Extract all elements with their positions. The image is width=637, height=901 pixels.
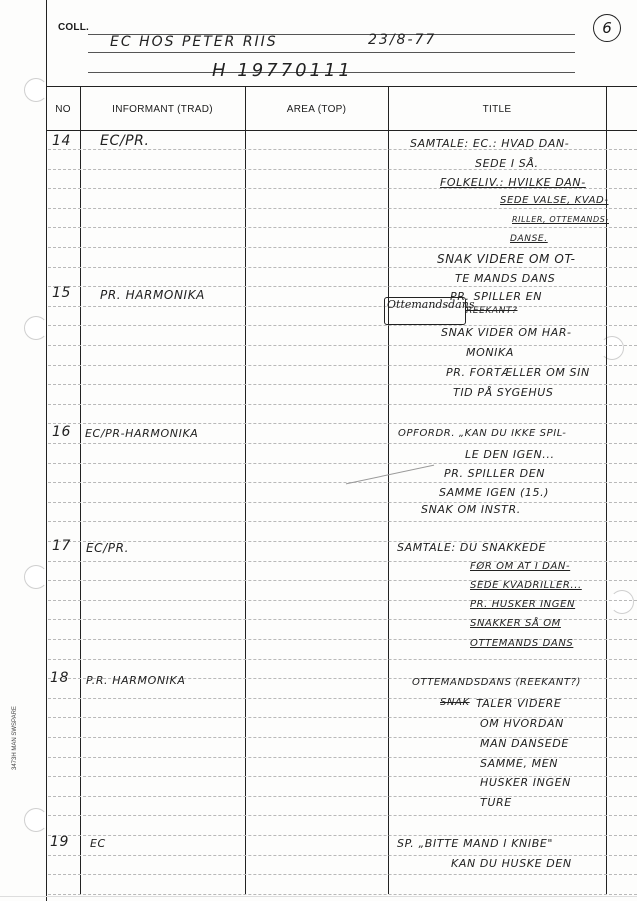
ruled-line xyxy=(48,796,637,797)
row-title-line: OM HVORDAN xyxy=(480,717,564,730)
row-title-line: SEDE KVADRILLER... xyxy=(470,580,582,591)
ruled-line xyxy=(48,267,637,268)
row-informant: EC/PR. xyxy=(86,541,129,555)
ruled-line xyxy=(48,227,637,228)
row-informant: EC xyxy=(90,837,106,850)
row-title-line: MONIKA xyxy=(466,346,514,359)
punch-hole xyxy=(24,565,48,589)
row-title-line: OTTEMANDS DANS xyxy=(470,638,573,649)
page-number: 6 xyxy=(602,19,612,37)
row-title-line: PR. FORTÆLLER OM SIN xyxy=(446,366,590,379)
row-title-line: OTTEMANDSDANS (REEKANT?) xyxy=(412,677,581,688)
ruled-line xyxy=(48,521,637,522)
row-title-line: SEDE I SÅ. xyxy=(475,157,539,170)
row-number: 19 xyxy=(50,834,69,850)
row-number: 16 xyxy=(52,424,71,440)
column-header-informant: INFORMANT (TRAD) xyxy=(80,88,245,130)
column-header-no: NO xyxy=(46,88,80,130)
row-title-line: TID PÅ SYGEHUS xyxy=(453,386,553,399)
ruled-line xyxy=(48,345,637,346)
ruled-line xyxy=(48,443,637,444)
row-number: 17 xyxy=(52,538,71,554)
ruled-line xyxy=(48,169,637,170)
punch-hole xyxy=(24,316,48,340)
coll-label: COLL. xyxy=(58,22,89,33)
ruled-line xyxy=(48,208,637,209)
table-header-bottom xyxy=(46,130,637,131)
ruled-line xyxy=(48,247,637,248)
row-title-line: SNAK VIDER OM HAR- xyxy=(441,326,572,339)
row-title-line: SNAKKER SÅ OM xyxy=(470,618,561,629)
punch-hole xyxy=(24,808,48,832)
row-title-line: DANSE. xyxy=(510,234,548,244)
row-title-line: PR. SPILLER DEN xyxy=(444,467,545,480)
punch-hole xyxy=(600,336,624,360)
row-informant: PR. HARMONIKA xyxy=(100,288,205,302)
ruled-line xyxy=(48,482,637,483)
row-title-line: TALER VIDERE xyxy=(476,697,561,710)
punch-hole xyxy=(24,78,48,102)
coll-collector-text: EC hos Peter Riis xyxy=(110,34,278,50)
row-title-line: OPFORDR. „KAN DU IKKE SPIL- xyxy=(398,428,566,439)
margin-note-box: Ottemandsdans xyxy=(384,297,466,325)
archive-form-page: COLL. EC hos Peter Riis 23/8-77 H 197701… xyxy=(0,0,637,901)
ruled-line xyxy=(48,541,637,542)
row-informant: EC/PR-HARMONIKA xyxy=(85,427,198,440)
coll-archive-number: H 19770111 xyxy=(212,60,353,81)
ruled-line xyxy=(48,502,637,503)
row-title-line: LE DEN IGEN... xyxy=(465,448,555,461)
ruled-line xyxy=(48,463,637,464)
row-title-line: SP. „BITTE MAND I KNIBE" xyxy=(397,837,553,850)
ruled-line xyxy=(48,815,637,816)
row-title-line: MAN DANSEDE xyxy=(480,737,569,750)
row-title-line: SNAK VIDERE OM OT- xyxy=(437,252,576,266)
row-title-line: SAMTALE: EC.: HVAD DAN- xyxy=(410,137,569,150)
margin-print-text: 3473H MAN SWSPARE xyxy=(12,706,18,770)
coll-date-text: 23/8-77 xyxy=(368,32,436,48)
ruled-line xyxy=(48,423,637,424)
row-title-line: SNAK OM INSTR. xyxy=(421,503,521,516)
row-number: 14 xyxy=(52,133,71,149)
row-title-line: TE MANDS DANS xyxy=(455,272,555,285)
ruled-line xyxy=(48,306,637,307)
row-number: 18 xyxy=(50,670,69,686)
row-title-line: FOLKELIV.: HVILKE DAN- xyxy=(440,176,586,189)
row-informant: EC/PR. xyxy=(100,133,150,149)
coll-underline xyxy=(88,52,575,53)
column-header-title: TITLE xyxy=(388,88,606,130)
ruled-line xyxy=(48,874,637,875)
ruled-line xyxy=(48,855,637,856)
row-title-line: SAMME, MEN xyxy=(480,757,558,770)
row-title-line: SAMME IGEN (15.) xyxy=(439,486,549,499)
row-title-line: KAN DU HUSKE DEN xyxy=(451,857,572,870)
row-title-line: FØR OM AT I DAN- xyxy=(470,561,570,572)
row-title-line: PR. HUSKER INGEN xyxy=(470,599,575,610)
row-title-line: HUSKER INGEN xyxy=(480,776,571,789)
struck-text: SNAK xyxy=(440,697,470,708)
margin-note-text: Ottemandsdans xyxy=(387,298,474,311)
table-left-border xyxy=(46,0,47,901)
ruled-line xyxy=(48,659,637,660)
column-header-area: AREA (TOP) xyxy=(245,88,388,130)
ruled-line xyxy=(48,835,637,836)
row-title-line: SAMTALE: DU SNAKKEDE xyxy=(397,541,546,554)
row-informant: P.R. HARMONIKA xyxy=(86,674,185,687)
ruled-line xyxy=(48,894,637,895)
ruled-line xyxy=(48,404,637,405)
row-title-line: TURE xyxy=(480,796,512,809)
page-number-circle: 6 xyxy=(593,14,621,42)
row-title-line: SEDE VALSE, KVAD- xyxy=(500,195,609,206)
struck-text: REEKANT? xyxy=(466,306,518,316)
page-bottom-edge xyxy=(0,896,637,897)
punch-hole xyxy=(610,590,634,614)
row-title-line: RILLER, OTTEMANDS- xyxy=(512,215,609,224)
row-number: 15 xyxy=(52,285,71,301)
